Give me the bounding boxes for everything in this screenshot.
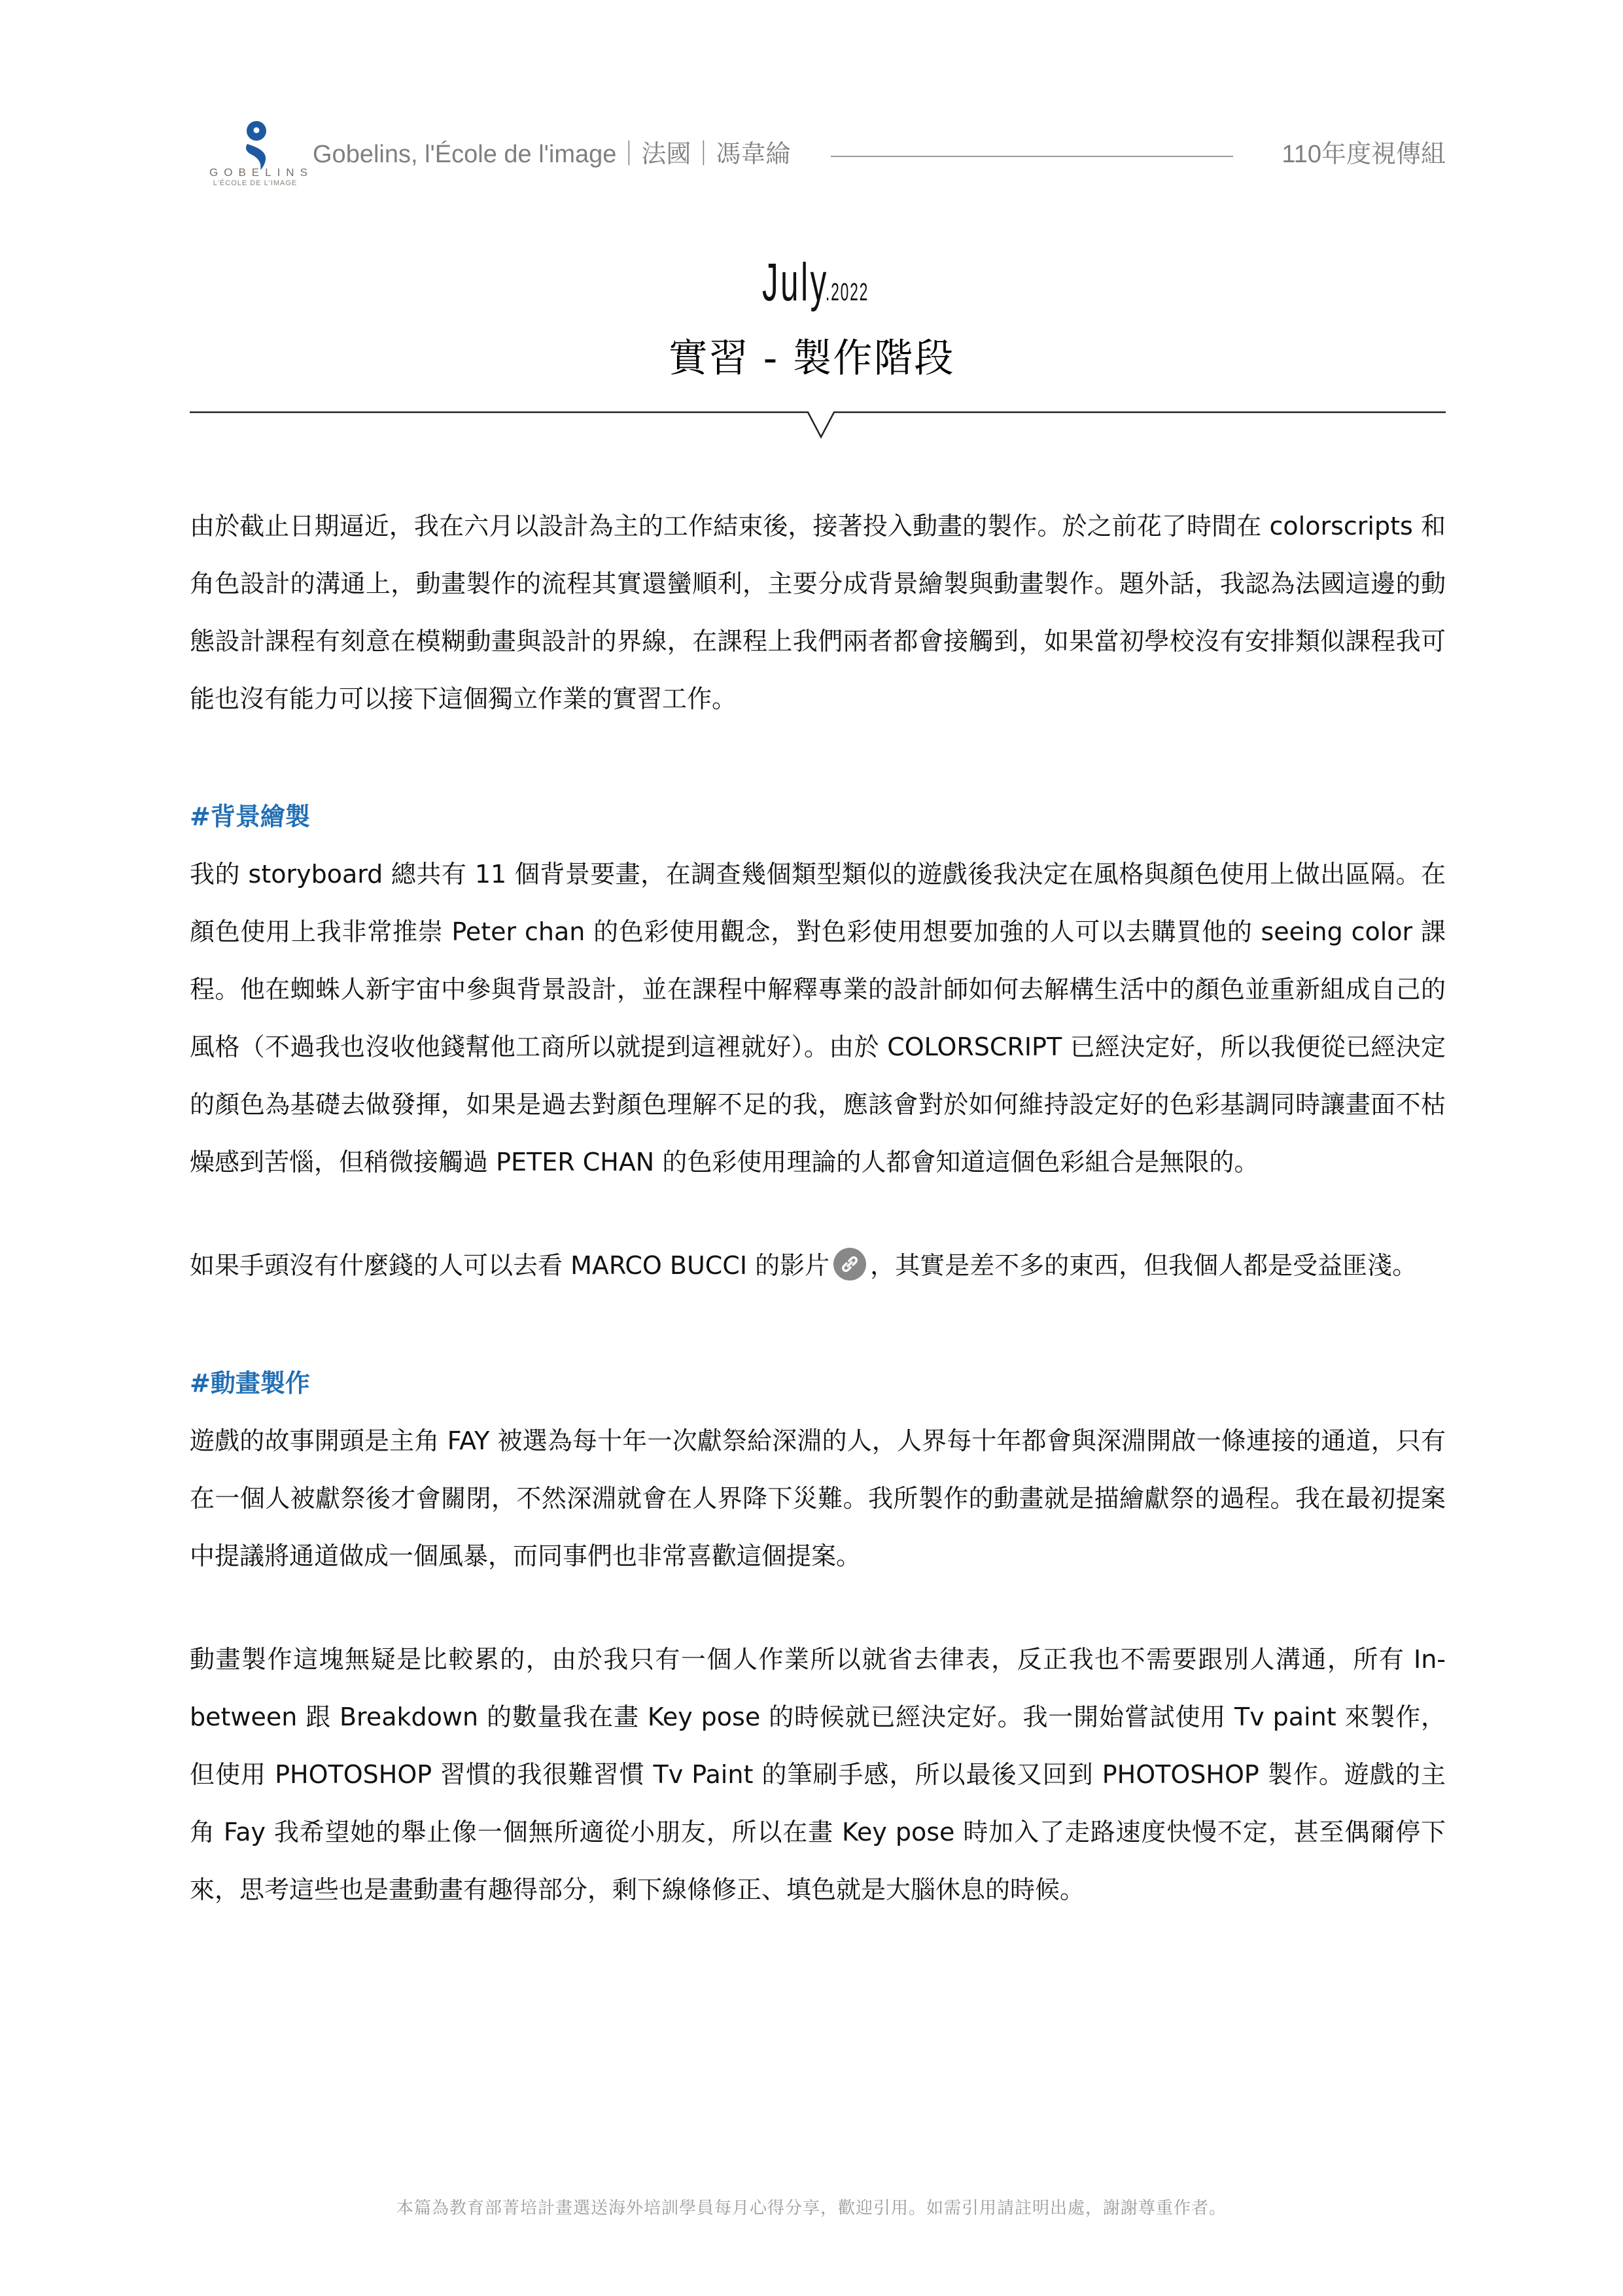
page-subtitle: 實習 - 製作階段 (0, 327, 1623, 383)
gobelins-logo: GOBELINS L'ÉCOLE DE L'IMAGE (209, 111, 301, 190)
header-group-label: 110年度視傳組 (1282, 133, 1446, 169)
marco-bucci-paragraph: 如果手頭沒有什麼錢的人可以去看 MARCO BUCCI 的影片，其實是差不多的東… (190, 1237, 1446, 1294)
footer-note: 本篇為教育部菁培計畫選送海外培訓學員每月心得分享，歡迎引用。如需引用請註明出處，… (0, 2195, 1623, 2219)
section-heading-background: #背景繪製 (190, 788, 1446, 845)
title-divider-arrow (190, 406, 1446, 445)
logo-subtitle: L'ÉCOLE DE L'IMAGE (209, 179, 301, 187)
month-title: July.2022 (0, 252, 1623, 313)
gobelins-logo-mark-icon (237, 118, 276, 170)
year-label: .2022 (826, 279, 869, 307)
background-paragraph: 我的 storyboard 總共有 11 個背景要畫，在調查幾個類型類似的遊戲後… (190, 845, 1446, 1191)
article-body: 由於截止日期逼近，我在六月以設計為主的工作結束後，接著投入動畫的製作。於之前花了… (190, 497, 1446, 1918)
animation-paragraph-1: 遊戲的故事開頭是主角 FAY 被選為每十年一次獻祭給深淵的人，人界每十年都會與深… (190, 1412, 1446, 1585)
marco-text-before: 如果手頭沒有什麼錢的人可以去看 MARCO BUCCI 的影片 (190, 1251, 829, 1280)
header-rule (831, 156, 1233, 157)
marco-text-after: ，其實是差不多的東西，但我個人都是受益匪淺。 (870, 1251, 1417, 1280)
header-title: Gobelins, l'École de l'image｜法國｜馮韋綸 (313, 133, 790, 169)
intro-paragraph: 由於截止日期逼近，我在六月以設計為主的工作結束後，接著投入動畫的製作。於之前花了… (190, 497, 1446, 728)
section-heading-animation: #動畫製作 (190, 1354, 1446, 1412)
page-header: GOBELINS L'ÉCOLE DE L'IMAGE Gobelins, l'… (196, 111, 1446, 196)
logo-wordmark: GOBELINS (209, 166, 301, 179)
month-label: July (761, 252, 828, 313)
link-icon[interactable] (833, 1248, 866, 1280)
animation-paragraph-2: 動畫製作這塊無疑是比較累的，由於我只有一個人作業所以就省去律表，反正我也不需要跟… (190, 1631, 1446, 1918)
